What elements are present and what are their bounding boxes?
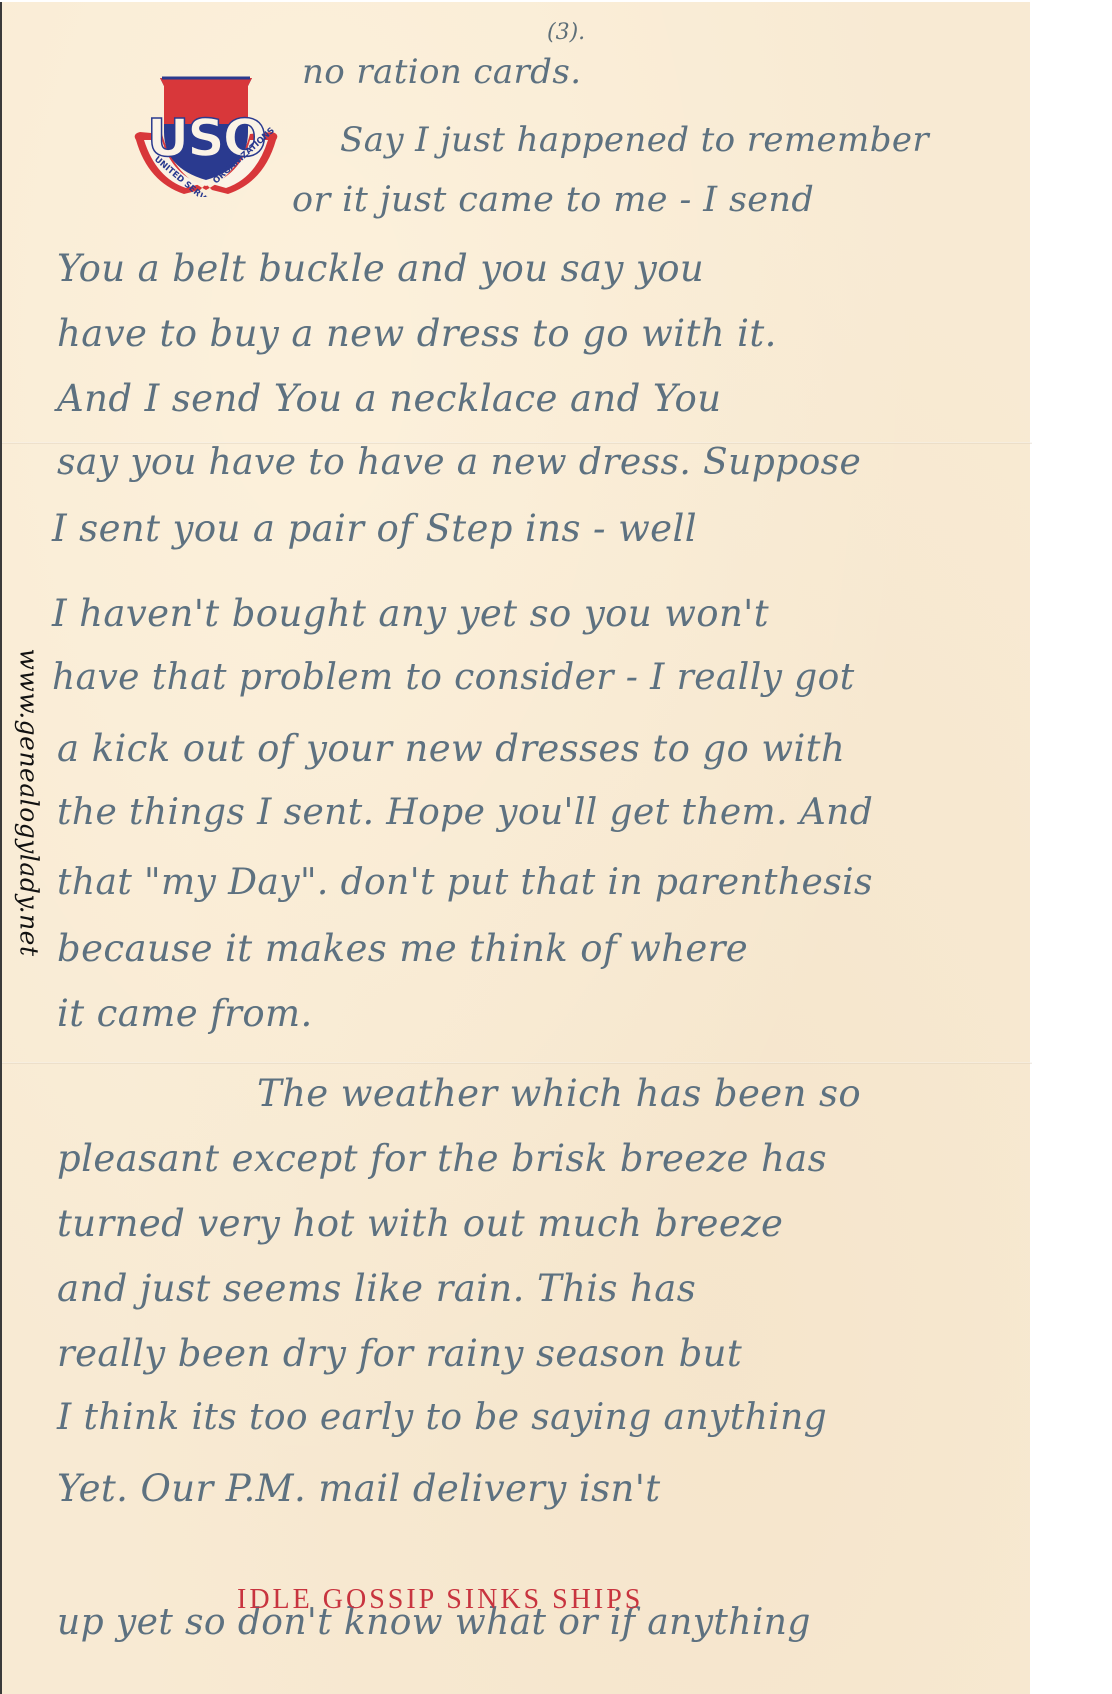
letter-page: (3). USO UNITED SERVICE ORGANIZATIONS ww… <box>0 2 1030 1694</box>
handwritten-line: or it just came to me - I send <box>292 180 814 220</box>
handwritten-line: I think its too early to be saying anyth… <box>57 1397 827 1438</box>
handwritten-line: because it makes me think of where <box>57 927 748 970</box>
handwritten-line: really been dry for rainy season but <box>57 1332 742 1375</box>
handwritten-line: and just seems like rain. This has <box>57 1267 696 1310</box>
handwritten-line: pleasant except for the brisk breeze has <box>57 1137 827 1180</box>
watermark-text: www.genealogylady.net <box>15 648 44 956</box>
handwritten-line: Say I just happened to remember <box>340 120 929 160</box>
handwritten-line: I sent you a pair of Step ins - well <box>52 507 697 550</box>
handwritten-line: the things I sent. Hope you'll get them.… <box>57 792 873 833</box>
watermark-url: www.genealogylady.net <box>4 612 54 992</box>
handwritten-line: that "my Day". don't put that in parenth… <box>57 862 873 903</box>
handwritten-line: Yet. Our P.M. mail delivery isn't <box>57 1467 661 1510</box>
handwritten-line: have to buy a new dress to go with it. <box>57 312 777 355</box>
handwritten-line: The weather which has been so <box>257 1072 861 1115</box>
paper-fold-line <box>2 1062 1032 1064</box>
handwritten-line: And I send You a necklace and You <box>57 377 721 420</box>
handwritten-line: it came from. <box>57 992 313 1035</box>
handwritten-line: I haven't bought any yet so you won't <box>52 592 769 635</box>
handwritten-line: turned very hot with out much breeze <box>57 1202 783 1245</box>
page-number: (3). <box>547 20 585 45</box>
handwritten-line: a kick out of your new dresses to go wit… <box>57 727 845 770</box>
uso-shield-logo: USO UNITED SERVICE ORGANIZATIONS <box>132 72 280 197</box>
handwritten-line: You a belt buckle and you say you <box>57 247 704 290</box>
handwritten-line: have that problem to consider - I really… <box>52 657 855 698</box>
handwritten-line: say you have to have a new dress. Suppos… <box>57 442 861 483</box>
letterhead-motto: IDLE GOSSIP SINKS SHIPS <box>237 1584 643 1616</box>
handwritten-line: no ration cards. <box>302 52 581 92</box>
